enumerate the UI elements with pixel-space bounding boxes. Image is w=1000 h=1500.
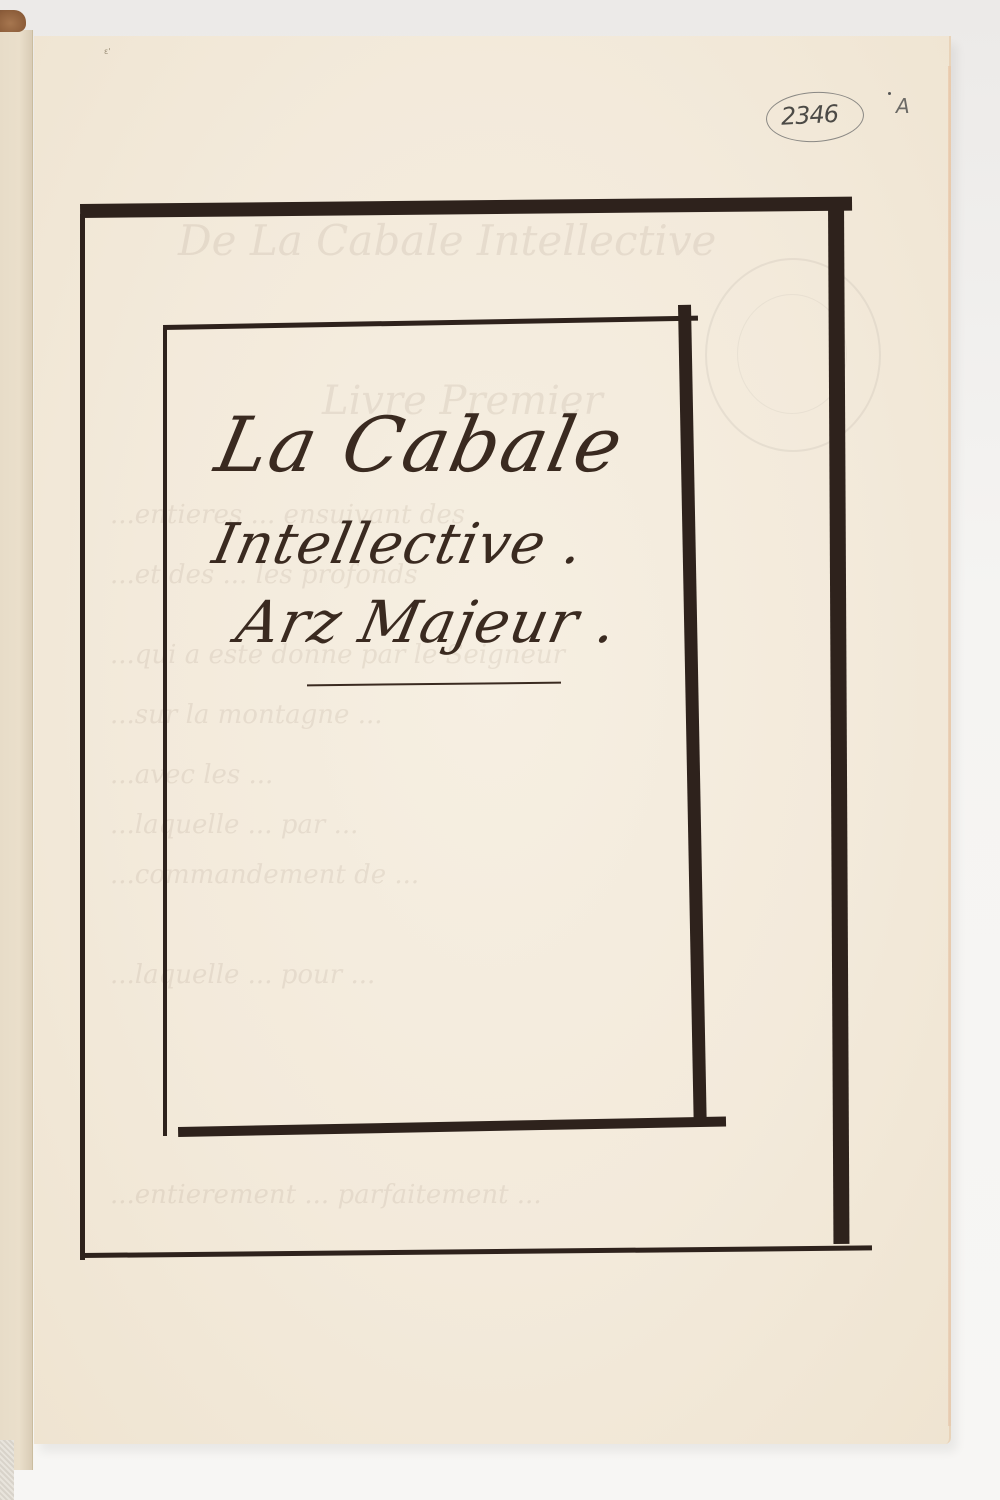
bleedthrough-heading: De La Cabale Intellective [178, 216, 716, 265]
inner-frame-left [163, 328, 167, 1136]
folio-marker: A [896, 94, 910, 118]
title-line-1: La Cabale [209, 400, 633, 489]
shelfmark-number: 2346 [780, 100, 838, 131]
book-binding-edge [0, 30, 33, 1470]
bleedthrough-line: ...laquelle ... pour ... [110, 960, 375, 990]
folio-dot [888, 92, 891, 95]
bleedthrough-line: ...avec les ... [110, 760, 273, 790]
title-line-3: Arz Majeur . [231, 588, 624, 656]
binding-leather-cap [0, 10, 26, 32]
bleedthrough-line: ...laquelle ... par ... [110, 810, 358, 840]
library-stamp-bleedthrough [705, 258, 881, 452]
page-fore-edge [948, 66, 951, 1426]
bleedthrough-line: ...commandement de ... [110, 860, 419, 890]
binding-cloth-foot [0, 1440, 14, 1500]
outer-frame-left [80, 214, 85, 1260]
title-line-2: Intellective . [207, 512, 590, 577]
bleedthrough-line: ...sur la montagne ... [110, 700, 383, 730]
bleedthrough-line: ...entierement ... parfaitement ... [110, 1180, 542, 1210]
corner-pencil-mark: ɛ' [104, 47, 111, 56]
